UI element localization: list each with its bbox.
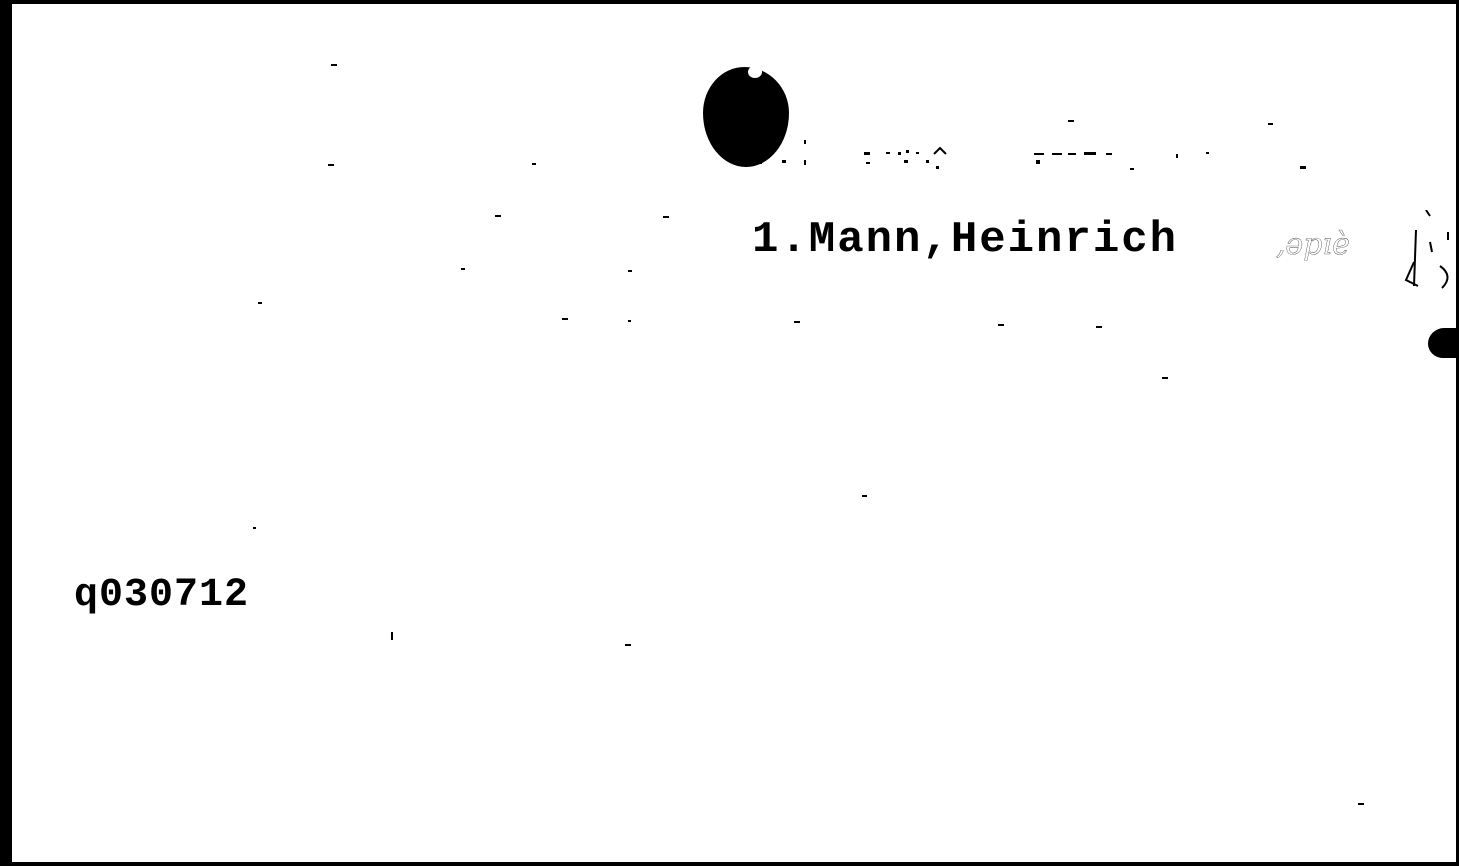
faded-typed-line	[756, 140, 1316, 180]
catalog-id: q030712	[74, 576, 249, 616]
ink-blot	[1428, 328, 1459, 358]
catalog-heading: 1.Mann,Heinrich	[752, 218, 1178, 262]
handwritten-annotation: ,əpıè	[1276, 230, 1350, 260]
handwritten-mark	[1400, 210, 1456, 300]
punch-hole-notch	[748, 66, 762, 78]
